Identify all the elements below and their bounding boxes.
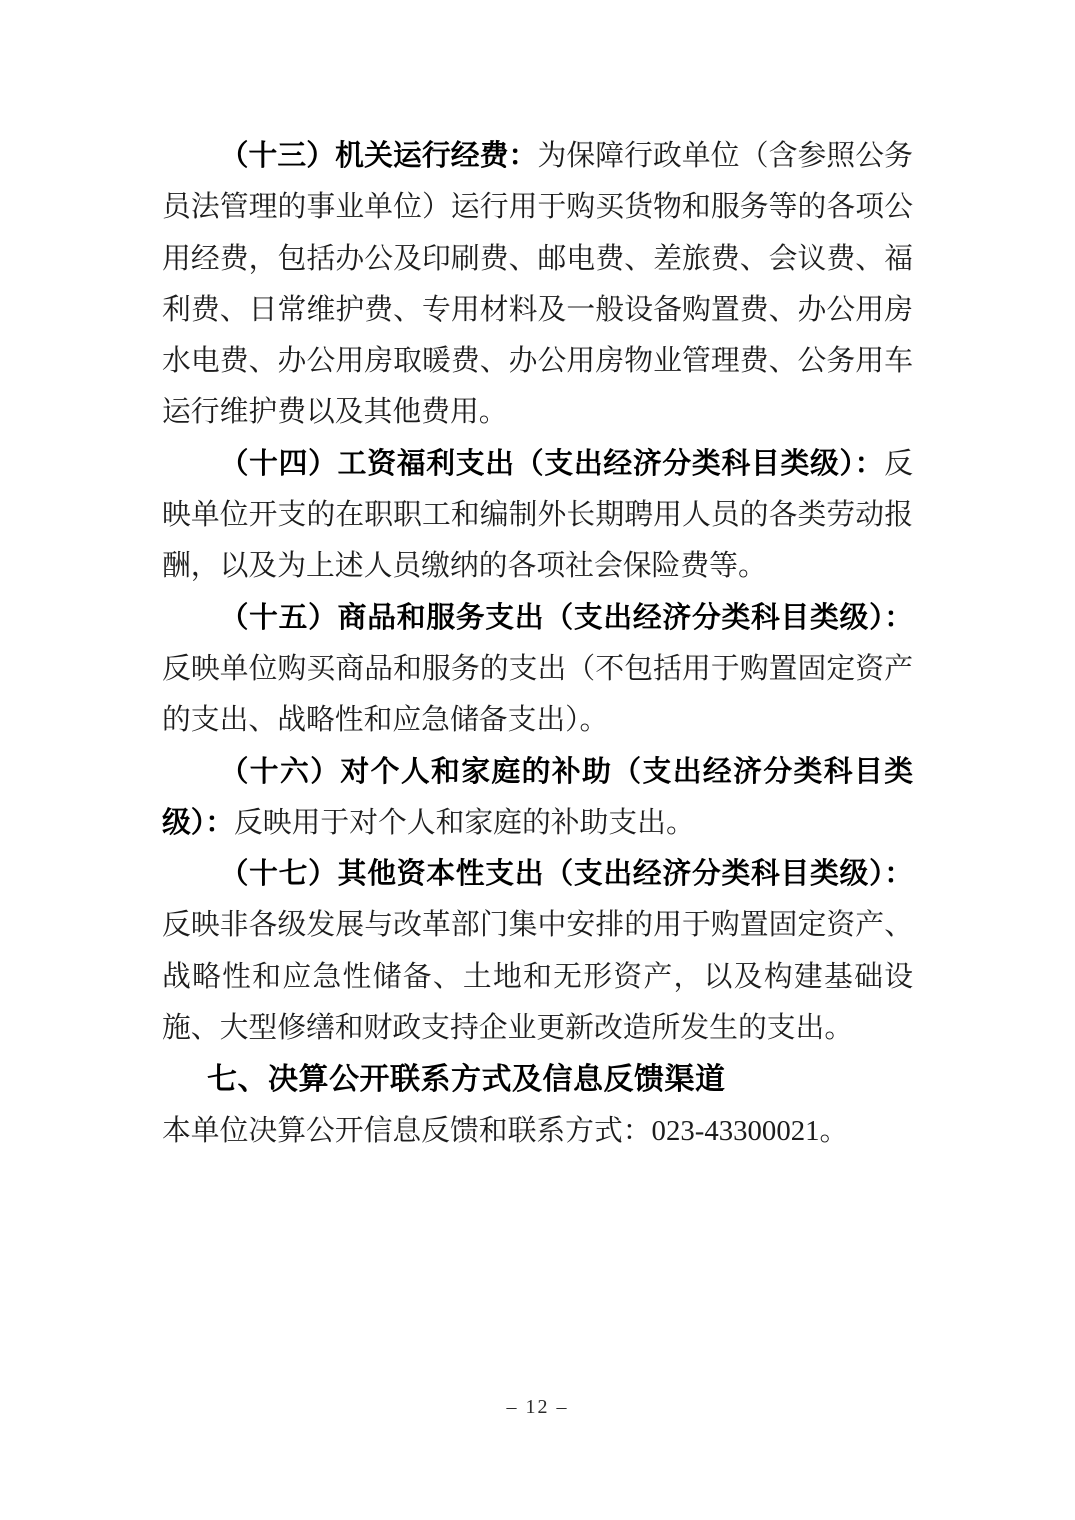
paragraph-13-lead: （十三）机关运行经费： [220,140,538,172]
paragraph-16: （十六）对个人和家庭的补助（支出经济分类科目类级）：反映用于对个人和家庭的补助支… [162,747,913,850]
page-footer: – 12 – [0,1396,1075,1419]
paragraph-17-text: 反映非各级发展与改革部门集中安排的用于购置固定资产、战略性和应急性储备、土地和无… [162,909,913,1044]
page-number: – 12 – [507,1396,569,1418]
paragraph-13: （十三）机关运行经费：为保障行政单位（含参照公务员法管理的事业单位）运行用于购买… [162,131,913,439]
paragraph-16-text: 反映用于对个人和家庭的补助支出。 [234,807,695,839]
section-heading: 七、决算公开联系方式及信息反馈渠道 [162,1054,913,1105]
paragraph-17: （十七）其他资本性支出（支出经济分类科目类级）：反映非各级发展与改革部门集中安排… [162,849,913,1054]
paragraph-15-text: 反映单位购买商品和服务的支出（不包括用于购置固定资产的支出、战略性和应急储备支出… [162,653,913,736]
document-page: （十三）机关运行经费：为保障行政单位（含参照公务员法管理的事业单位）运行用于购买… [0,0,1075,1520]
paragraph-17-lead: （十七）其他资本性支出（支出经济分类科目类级）： [220,858,913,890]
document-body: （十三）机关运行经费：为保障行政单位（含参照公务员法管理的事业单位）运行用于购买… [162,131,913,1157]
paragraph-13-text: 为保障行政单位（含参照公务员法管理的事业单位）运行用于购买货物和服务等的各项公用… [162,140,913,428]
paragraph-15: （十五）商品和服务支出（支出经济分类科目类级）：反映单位购买商品和服务的支出（不… [162,593,913,747]
paragraph-15-lead: （十五）商品和服务支出（支出经济分类科目类级）： [220,602,913,634]
paragraph-14: （十四）工资福利支出（支出经济分类科目类级）：反映单位开支的在职职工和编制外长期… [162,439,913,593]
contact-line: 本单位决算公开信息反馈和联系方式：023-43300021。 [162,1106,913,1157]
paragraph-14-lead: （十四）工资福利支出（支出经济分类科目类级）： [220,448,885,480]
